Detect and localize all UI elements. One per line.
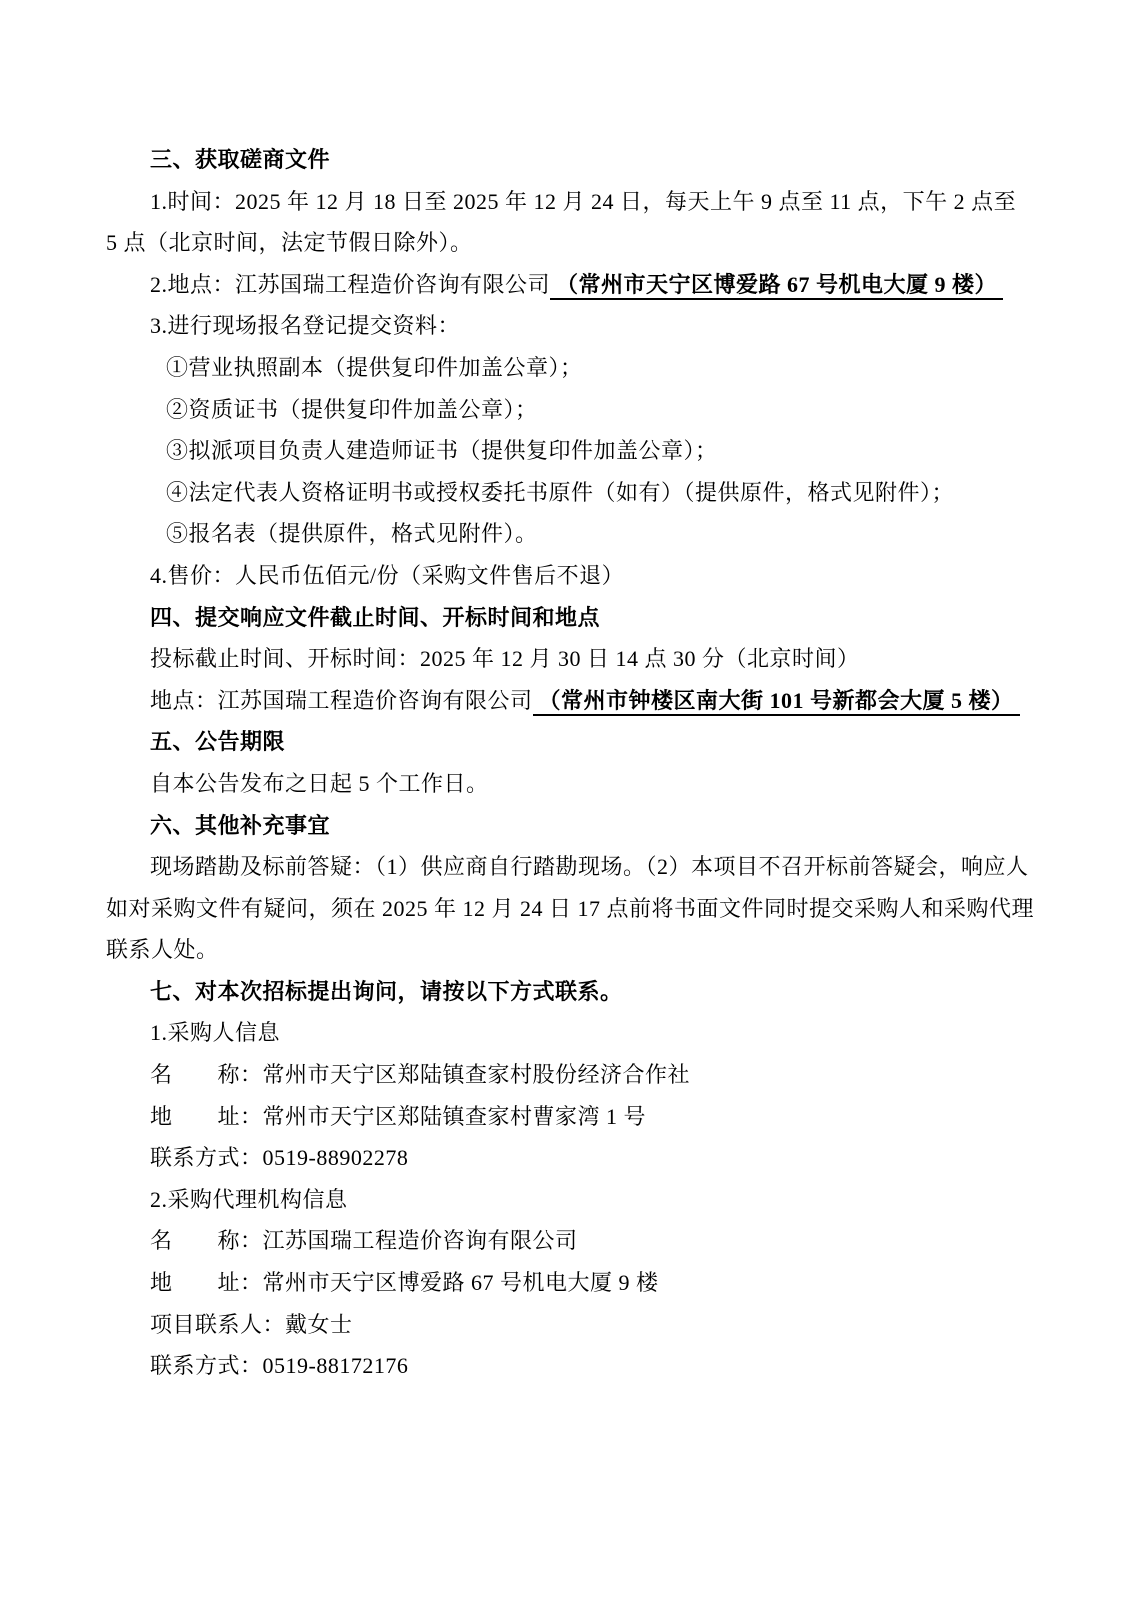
purchaser-info-heading: 1.采购人信息	[106, 1012, 1083, 1054]
registration-material-5: ⑤报名表（提供原件，格式见附件）。	[106, 513, 1083, 555]
agency-address-line: 地 址：常州市天宁区博爱路 67 号机电大厦 9 楼	[106, 1262, 1083, 1304]
section-3-heading: 三、获取磋商文件	[106, 139, 1083, 181]
purchaser-address-line: 地 址：常州市天宁区郑陆镇查家村曹家湾 1 号	[106, 1096, 1083, 1138]
document-price-line: 4.售价：人民币伍佰元/份（采购文件售后不退）	[106, 555, 1083, 597]
registration-materials-intro: 3.进行现场报名登记提交资料：	[106, 305, 1083, 347]
bid-opening-location-prefix: 地点：江苏国瑞工程造价咨询有限公司	[150, 688, 533, 713]
procurement-notice-page: 三、获取磋商文件 1.时间：2025 年 12 月 18 日至 2025 年 1…	[0, 0, 1131, 1600]
doc-pickup-location-prefix: 2.地点：江苏国瑞工程造价咨询有限公司	[150, 272, 550, 297]
purchaser-name-line: 名 称：常州市天宁区郑陆镇查家村股份经济合作社	[106, 1054, 1083, 1096]
bid-opening-location-address-underlined: （常州市钟楼区南大街 101 号新都会大厦 5 楼）	[533, 688, 1020, 716]
agency-phone-line: 联系方式：0519-88172176	[106, 1345, 1083, 1387]
agency-name-line: 名 称：江苏国瑞工程造价咨询有限公司	[106, 1220, 1083, 1262]
bid-deadline-line: 投标截止时间、开标时间：2025 年 12 月 30 日 14 点 30 分（北…	[106, 638, 1083, 680]
registration-material-3: ③拟派项目负责人建造师证书（提供复印件加盖公章）；	[106, 430, 1083, 472]
doc-pickup-time-line-2: 5 点（北京时间，法定节假日除外）。	[106, 222, 1083, 264]
section-6-heading: 六、其他补充事宜	[106, 805, 1083, 847]
registration-material-4: ④法定代表人资格证明书或授权委托书原件（如有）（提供原件，格式见附件）；	[106, 472, 1083, 514]
doc-pickup-location-address-underlined: （常州市天宁区博爱路 67 号机电大厦 9 楼）	[550, 272, 1003, 300]
purchaser-phone-line: 联系方式：0519-88902278	[106, 1137, 1083, 1179]
agency-info-heading: 2.采购代理机构信息	[106, 1179, 1083, 1221]
section-7-heading: 七、对本次招标提出询问，请按以下方式联系。	[106, 971, 1083, 1013]
registration-material-2: ②资质证书（提供复印件加盖公章）；	[106, 389, 1083, 431]
section-4-heading: 四、提交响应文件截止时间、开标时间和地点	[106, 597, 1083, 639]
registration-material-1: ①营业执照副本（提供复印件加盖公章）；	[106, 347, 1083, 389]
section-5-heading: 五、公告期限	[106, 721, 1083, 763]
doc-pickup-location-line: 2.地点：江苏国瑞工程造价咨询有限公司 （常州市天宁区博爱路 67 号机电大厦 …	[106, 264, 1083, 306]
site-survey-line-3: 联系人处。	[106, 929, 1083, 971]
agency-contact-person-line: 项目联系人：戴女士	[106, 1304, 1083, 1346]
announcement-period-line: 自本公告发布之日起 5 个工作日。	[106, 763, 1083, 805]
doc-pickup-time-line-1: 1.时间：2025 年 12 月 18 日至 2025 年 12 月 24 日，…	[106, 181, 1083, 223]
bid-opening-location-line: 地点：江苏国瑞工程造价咨询有限公司 （常州市钟楼区南大街 101 号新都会大厦 …	[106, 680, 1083, 722]
site-survey-line-2: 如对采购文件有疑问，须在 2025 年 12 月 24 日 17 点前将书面文件…	[106, 888, 1083, 930]
site-survey-line-1: 现场踏勘及标前答疑：（1）供应商自行踏勘现场。（2）本项目不召开标前答疑会，响应…	[106, 846, 1083, 888]
